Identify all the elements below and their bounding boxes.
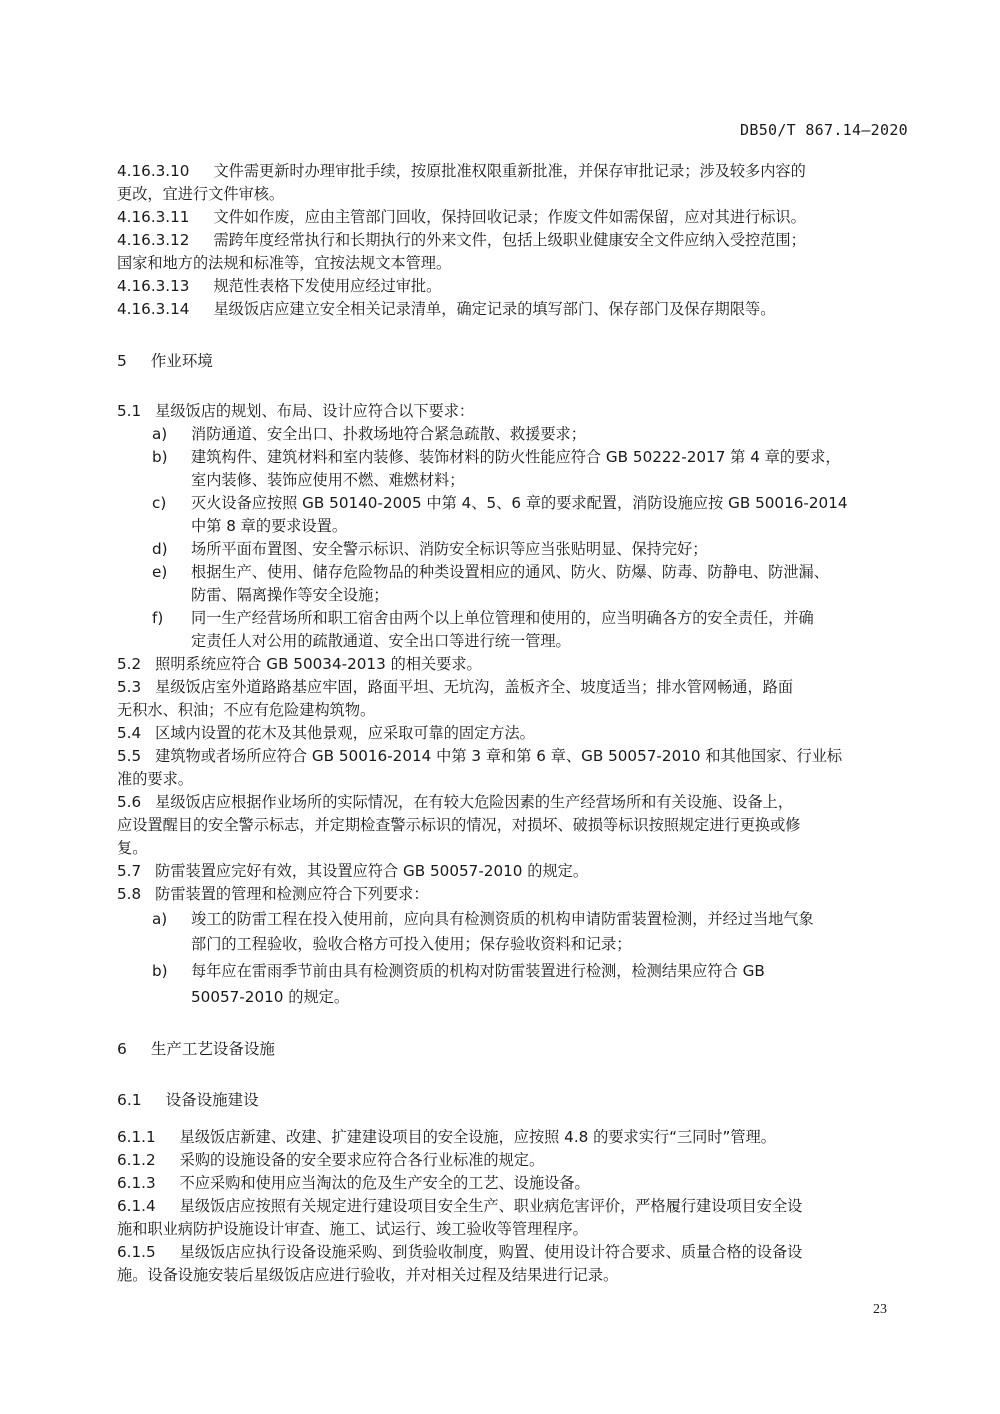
clause-4-16-3-11: 4.16.3.11文件如作废，应由主管部门回收，保持回收记录；作废文件如需保留，…	[117, 206, 806, 228]
clause-number: 4.16.3.13	[117, 277, 189, 295]
clause-continuation: 施。设备设施安装后星级饭店应进行验收，并对相关过程及结果进行记录。	[117, 1264, 618, 1286]
clause-4-16-3-14: 4.16.3.14星级饭店应建立安全相关记录清单，确定记录的填写部门、保存部门及…	[117, 298, 775, 320]
clause-5-6: 5.6星级饭店应根据作业场所的实际情况，在有较大危险因素的生产经营场所和有关设施…	[117, 791, 793, 813]
clause-6-1-1: 6.1.1星级饭店新建、改建、扩建建设项目的安全设施，应按照 4.8 的要求实行…	[117, 1126, 776, 1148]
list-label: f)	[152, 607, 163, 629]
clause-continuation: 更改，宜进行文件审核。	[117, 183, 284, 205]
list-item-continuation: 部门的工程验收，验收合格方可投入使用；保存验收资料和记录；	[191, 933, 631, 955]
standard-code-header: DB50/T 867.14—2020	[740, 121, 908, 139]
clause-number: 6.1.4	[117, 1197, 156, 1215]
clause-number: 6.1.3	[117, 1174, 156, 1192]
list-label: e)	[152, 561, 167, 583]
list-item-continuation: 中第 8 章的要求设置。	[191, 515, 347, 537]
clause-text: 区域内设置的花木及其他景观，应采取可靠的固定方法。	[155, 724, 535, 742]
list-label: c)	[152, 492, 166, 514]
clause-5-2: 5.2照明系统应符合 GB 50034-2013 的相关要求。	[117, 653, 482, 675]
clause-number: 4.16.3.12	[117, 231, 189, 249]
clause-text: 文件需更新时办理审批手续，按原批准权限重新批准，并保存审批记录；涉及较多内容的	[213, 162, 805, 180]
clause-continuation: 复。	[117, 837, 147, 859]
list-item-continuation: 室内装修、装饰应使用不燃、难燃材料；	[191, 469, 464, 491]
clause-5-7: 5.7防雷装置应完好有效，其设置应符合 GB 50057-2010 的规定。	[117, 860, 588, 882]
clause-number: 5.7	[117, 862, 141, 880]
clause-6-1-5: 6.1.5星级饭店应执行设备设施采购、到货验收制度，购置、使用设计符合要求、质量…	[117, 1241, 802, 1263]
clause-text: 星级饭店应按照有关规定进行建设项目安全生产、职业病危害评价，严格履行建设项目安全…	[180, 1197, 803, 1215]
clause-number: 4.16.3.10	[117, 162, 189, 180]
list-label: b)	[152, 960, 168, 982]
clause-text: 防雷装置应完好有效，其设置应符合 GB 50057-2010 的规定。	[155, 862, 588, 880]
clause-text: 星级饭店应执行设备设施采购、到货验收制度，购置、使用设计符合要求、质量合格的设备…	[180, 1243, 803, 1261]
clause-6-1-3: 6.1.3不应采购和使用应当淘汰的危及生产安全的工艺、设施设备。	[117, 1172, 590, 1194]
list-item: 灭火设备应按照 GB 50140-2005 中第 4、5、6 章的要求配置，消防…	[191, 492, 848, 514]
clause-continuation: 施和职业病防护设施设计审查、施工、试运行、竣工验收等管理程序。	[117, 1218, 588, 1240]
list-item: 建筑构件、建筑材料和室内装修、装饰材料的防火性能应符合 GB 50222-201…	[191, 446, 841, 468]
document-page: DB50/T 867.14—2020 4.16.3.10文件需更新时办理审批手续…	[0, 0, 1000, 1414]
clause-number: 4.16.3.14	[117, 300, 189, 318]
clause-4-16-3-12: 4.16.3.12需跨年度经常执行和长期执行的外来文件，包括上级职业健康安全文件…	[117, 229, 806, 251]
clause-4-16-3-10: 4.16.3.10文件需更新时办理审批手续，按原批准权限重新批准，并保存审批记录…	[117, 160, 806, 182]
clause-5-1: 5.1星级饭店的规划、布局、设计应符合以下要求：	[117, 400, 474, 422]
clause-5-3: 5.3星级饭店室外道路路基应牢固，路面平坦、无坑沟，盖板齐全、坡度适当；排水管网…	[117, 676, 793, 698]
clause-number: 5.3	[117, 678, 141, 696]
clause-number: 6.1.5	[117, 1243, 156, 1261]
section-6-heading: 6生产工艺设备设施	[117, 1038, 275, 1060]
clause-continuation: 国家和地方的法规和标准等，宜按法规文本管理。	[117, 252, 451, 274]
clause-text: 照明系统应符合 GB 50034-2013 的相关要求。	[155, 655, 482, 673]
list-item-continuation: 防雷、隔离操作等安全设施；	[191, 584, 388, 606]
section-5-heading: 5作业环境	[117, 350, 213, 372]
clause-number: 6.1.1	[117, 1128, 156, 1146]
clause-continuation: 无积水、积油；不应有危险建构筑物。	[117, 699, 375, 721]
list-item: 场所平面布置图、安全警示标识、消防安全标识等应当张贴明显、保持完好；	[191, 538, 707, 560]
clause-continuation: 准的要求。	[117, 768, 193, 790]
list-label: d)	[152, 538, 168, 560]
clause-text: 规范性表格下发使用应经过审批。	[213, 277, 441, 295]
clause-5-5: 5.5建筑物或者场所应符合 GB 50016-2014 中第 3 章和第 6 章…	[117, 745, 842, 767]
list-item: 同一生产经营场所和职工宿舍由两个以上单位管理和使用的，应当明确各方的安全责任，并…	[191, 607, 814, 629]
clause-text: 采购的设施设备的安全要求应符合各行业标准的规定。	[180, 1151, 545, 1169]
clause-text: 星级饭店应建立安全相关记录清单，确定记录的填写部门、保存部门及保存期限等。	[213, 300, 775, 318]
list-item-continuation: 定责任人对公用的疏散通道、安全出口等进行统一管理。	[191, 630, 571, 652]
clause-6-1-2: 6.1.2采购的设施设备的安全要求应符合各行业标准的规定。	[117, 1149, 544, 1171]
clause-6-1-4: 6.1.4星级饭店应按照有关规定进行建设项目安全生产、职业病危害评价，严格履行建…	[117, 1195, 802, 1217]
list-item: 消防通道、安全出口、扑救场地符合紧急疏散、救援要求；	[191, 423, 586, 445]
clause-text: 文件如作废，应由主管部门回收，保持回收记录；作废文件如需保留，应对其进行标识。	[213, 208, 805, 226]
list-item: 根据生产、使用、储存危险物品的种类设置相应的通风、防火、防爆、防毒、防静电、防泄…	[191, 561, 829, 583]
clause-5-8: 5.8防雷装置的管理和检测应符合下列要求：	[117, 883, 429, 905]
list-label: b)	[152, 446, 168, 468]
clause-5-4: 5.4区域内设置的花木及其他景观，应采取可靠的固定方法。	[117, 722, 535, 744]
list-label: a)	[152, 423, 167, 445]
clause-number: 5.2	[117, 655, 141, 673]
clause-text: 需跨年度经常执行和长期执行的外来文件，包括上级职业健康安全文件应纳入受控范围；	[213, 231, 805, 249]
clause-number: 4.16.3.11	[117, 208, 189, 226]
clause-continuation: 应设置醒目的安全警示标志，并定期检查警示标识的情况，对损坏、破损等标识按照规定进…	[117, 814, 800, 836]
clause-text: 星级饭店应根据作业场所的实际情况，在有较大危险因素的生产经营场所和有关设施、设备…	[155, 793, 793, 811]
clause-text: 星级饭店新建、改建、扩建建设项目的安全设施，应按照 4.8 的要求实行“三同时”…	[180, 1128, 776, 1146]
page-number: 23	[873, 1302, 887, 1318]
clause-text: 建筑物或者场所应符合 GB 50016-2014 中第 3 章和第 6 章、GB…	[155, 747, 842, 765]
clause-number: 5.5	[117, 747, 141, 765]
clause-4-16-3-13: 4.16.3.13规范性表格下发使用应经过审批。	[117, 275, 441, 297]
clause-number: 5.4	[117, 724, 141, 742]
list-item: 每年应在雷雨季节前由具有检测资质的机构对防雷装置进行检测，检测结果应符合 GB	[191, 960, 765, 982]
clause-number: 5.8	[117, 885, 141, 903]
clause-text: 星级饭店的规划、布局、设计应符合以下要求：	[155, 402, 474, 420]
clause-text: 不应采购和使用应当淘汰的危及生产安全的工艺、设施设备。	[180, 1174, 590, 1192]
list-label: a)	[152, 908, 167, 930]
clause-text: 防雷装置的管理和检测应符合下列要求：	[155, 885, 428, 903]
subsection-6-1-heading: 6.1设备设施建设	[117, 1089, 259, 1111]
clause-text: 星级饭店室外道路路基应牢固，路面平坦、无坑沟，盖板齐全、坡度适当；排水管网畅通，…	[155, 678, 793, 696]
clause-number: 5.6	[117, 793, 141, 811]
clause-number: 5.1	[117, 402, 141, 420]
list-item-continuation: 50057-2010 的规定。	[191, 986, 349, 1008]
clause-number: 6.1.2	[117, 1151, 156, 1169]
list-item: 竣工的防雷工程在投入使用前，应向具有检测资质的机构申请防雷装置检测，并经过当地气…	[191, 908, 814, 930]
